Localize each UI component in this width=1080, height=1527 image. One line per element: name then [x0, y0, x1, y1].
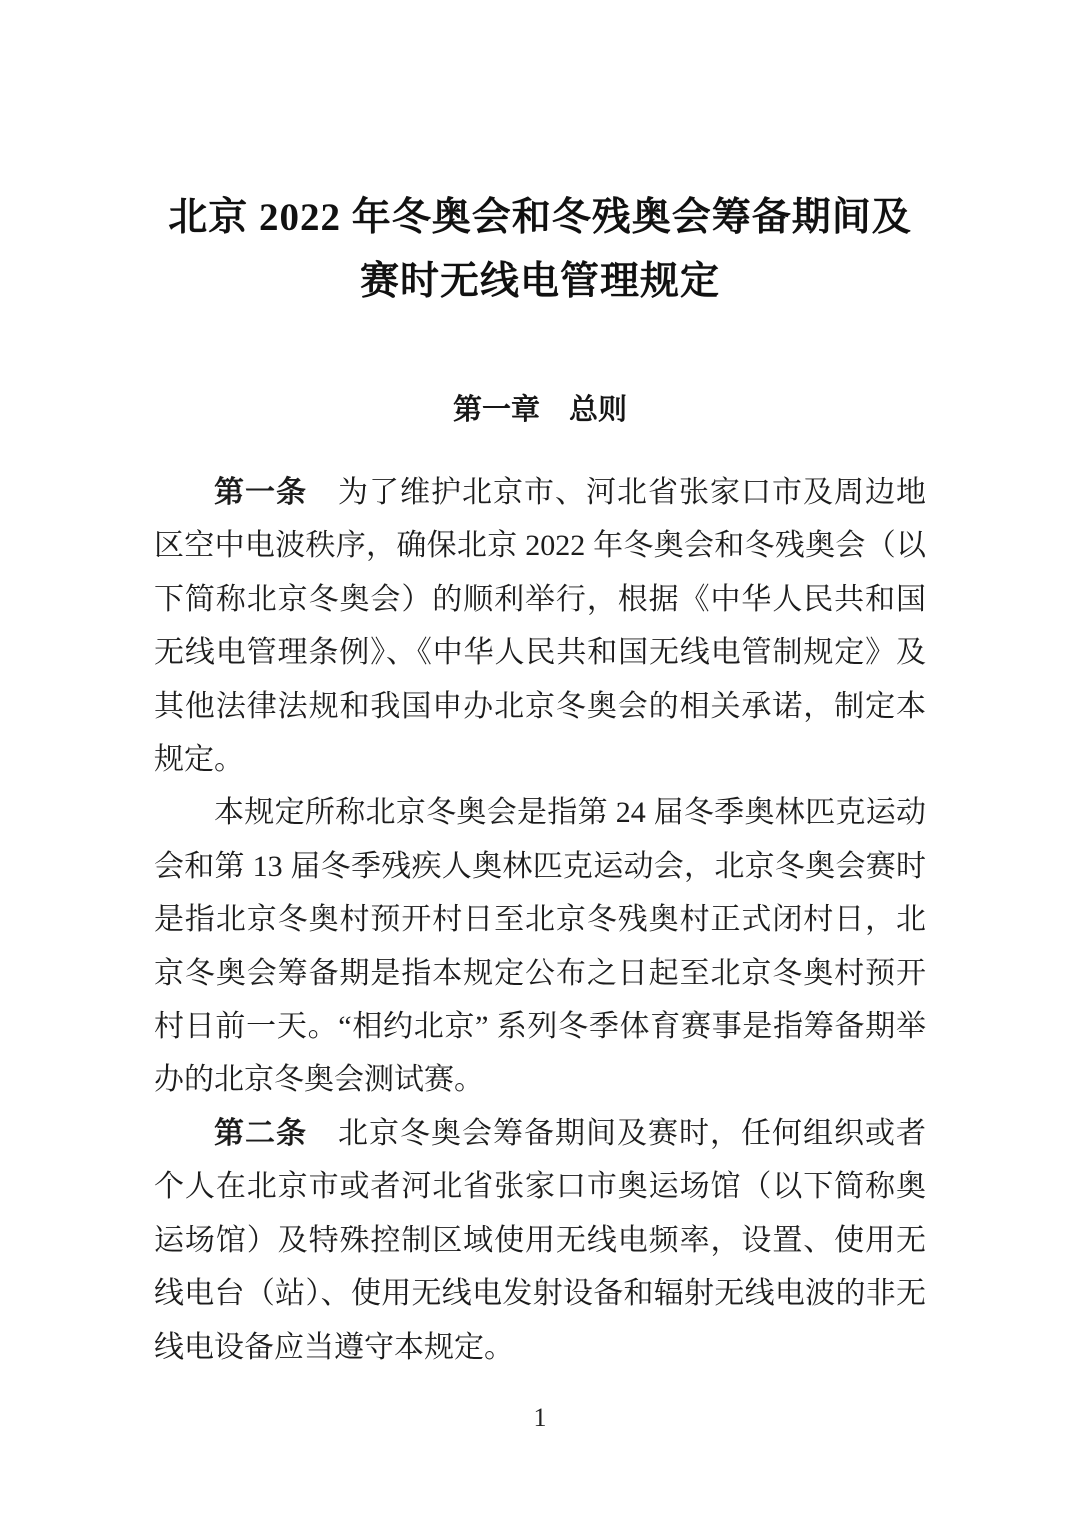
article-1-number: 第一条 [214, 476, 338, 509]
definition-text: 本规定所称北京冬奥会是指第 24 届冬季奥林匹克运动会和第 13 届冬季残疾人奥… [154, 796, 926, 1096]
title-line-1: 北京 2022 年冬奥会和冬残奥会筹备期间及 [0, 186, 1080, 250]
definition-paragraph: 本规定所称北京冬奥会是指第 24 届冬季奥林匹克运动会和第 13 届冬季残疾人奥… [154, 786, 926, 1106]
chapter-heading: 第一章 总则 [0, 392, 1080, 428]
document-title: 北京 2022 年冬奥会和冬残奥会筹备期间及 赛时无线电管理规定 [0, 186, 1080, 314]
page-number: 1 [0, 1402, 1080, 1434]
document-page: 北京 2022 年冬奥会和冬残奥会筹备期间及 赛时无线电管理规定 第一章 总则 … [0, 0, 1080, 1527]
document-body: 第一条 为了维护北京市、河北省张家口市及周边地区空中电波秩序，确保北京 2022… [154, 466, 926, 1374]
title-line-2: 赛时无线电管理规定 [0, 250, 1080, 314]
article-1-paragraph: 第一条 为了维护北京市、河北省张家口市及周边地区空中电波秩序，确保北京 2022… [154, 466, 926, 786]
article-1-text: 为了维护北京市、河北省张家口市及周边地区空中电波秩序，确保北京 2022 年冬奥… [154, 476, 926, 776]
article-2-text: 北京冬奥会筹备期间及赛时，任何组织或者个人在北京市或者河北省张家口市奥运场馆（以… [154, 1117, 926, 1364]
article-2-number: 第二条 [214, 1117, 338, 1150]
article-2-paragraph: 第二条 北京冬奥会筹备期间及赛时，任何组织或者个人在北京市或者河北省张家口市奥运… [154, 1107, 926, 1374]
